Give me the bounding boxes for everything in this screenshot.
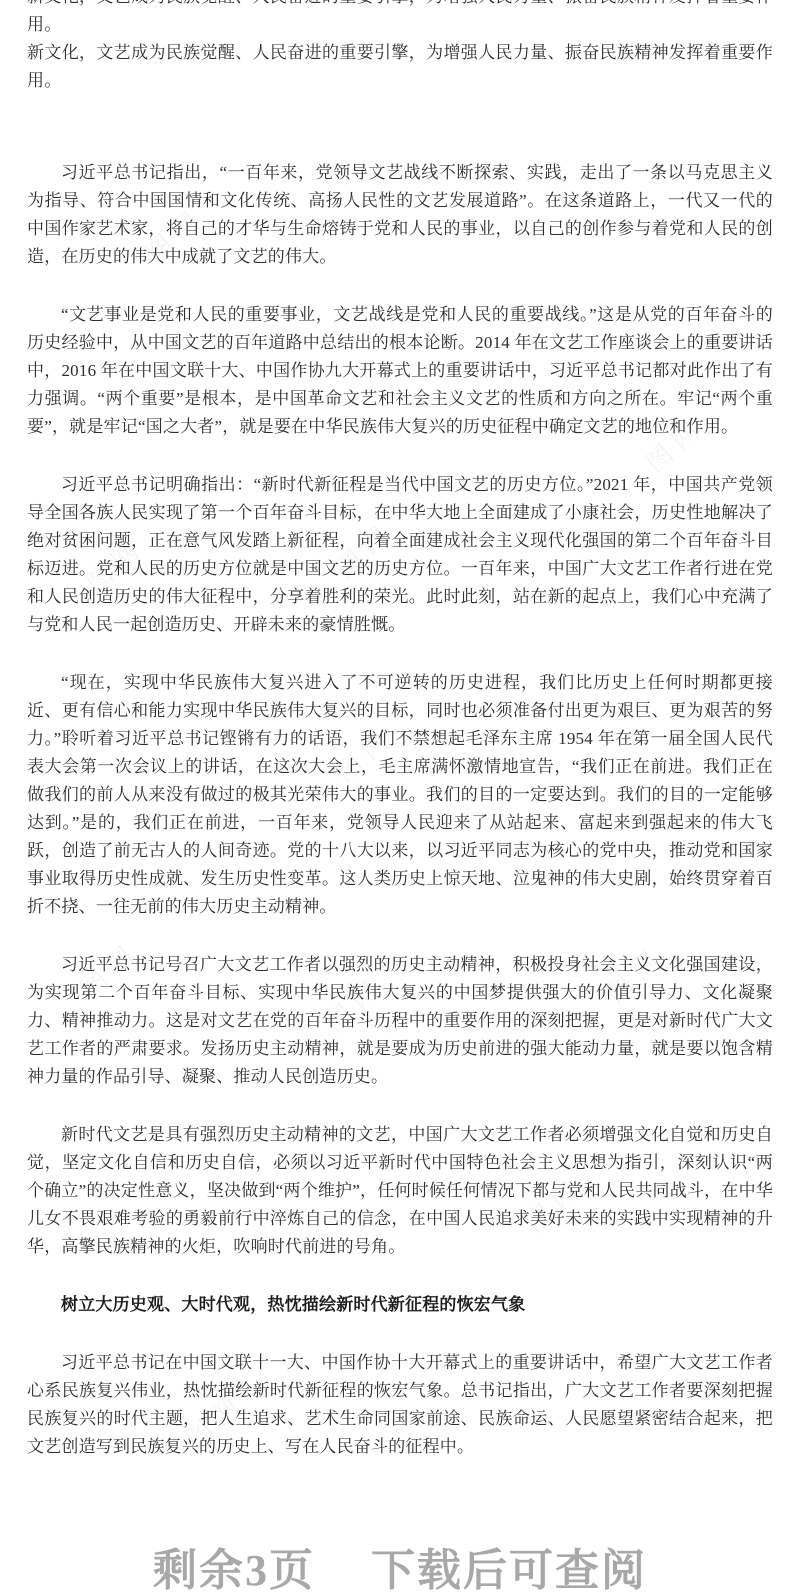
article-paragraph: 新时代文艺是具有强烈历史主动精神的文艺，中国广大文艺工作者必须增强文化自觉和历史… — [27, 1121, 773, 1261]
section-heading: 树立大历史观、大时代观，热忱描绘新时代新征程的恢宏气象 — [27, 1291, 773, 1319]
article-body: 习近平总书记指出，“一百年来，党领导文艺战线不断探索、实践，走出了一条以马克思主… — [27, 159, 773, 1461]
remaining-pages-label: 剩余3页 — [153, 1546, 315, 1593]
article-paragraph: “文艺事业是党和人民的重要事业，文艺战线是党和人民的重要战线。”这是从党的百年奋… — [27, 301, 773, 441]
article-paragraph: 习近平总书记在中国文联十一大、中国作协十大开幕式上的重要讲话中，希望广大文艺工作… — [27, 1349, 773, 1461]
page-top-continuation: 新文化，文艺成为民族觉醒、人民奋进的重要引擎，为增强人民力量、振奋民族精神发挥着… — [27, 0, 773, 95]
document-preview-page: 图网图网图网图网图网图网图网图网图网图网 新文化，文艺成为民族觉醒、人民奋进的重… — [0, 0, 800, 1593]
article-paragraph: 习近平总书记明确指出：“新时代新征程是当代中国文艺的历史方位。”2021 年，中… — [27, 471, 773, 639]
clipped-prev-page-line: 新文化，文艺成为民族觉醒、人民奋进的重要引擎，为增强人民力量、振奋民族精神发挥着… — [27, 0, 773, 39]
preview-footer-banner: 剩余3页下载后可查阅 — [27, 1545, 773, 1593]
intro-continuation-line: 新文化，文艺成为民族觉醒、人民奋进的重要引擎，为增强人民力量、振奋民族精神发挥着… — [27, 39, 773, 95]
article-paragraph: “现在，实现中华民族伟大复兴进入了不可逆转的历史进程，我们比历史上任何时期都更接… — [27, 669, 773, 921]
document-content: 新文化，文艺成为民族觉醒、人民奋进的重要引擎，为增强人民力量、振奋民族精神发挥着… — [0, 0, 800, 1593]
download-hint-label: 下载后可查阅 — [371, 1546, 647, 1593]
article-paragraph: 习近平总书记指出，“一百年来，党领导文艺战线不断探索、实践，走出了一条以马克思主… — [27, 159, 773, 271]
article-paragraph: 习近平总书记号召广大文艺工作者以强烈的历史主动精神，积极投身社会主义文化强国建设… — [27, 951, 773, 1091]
